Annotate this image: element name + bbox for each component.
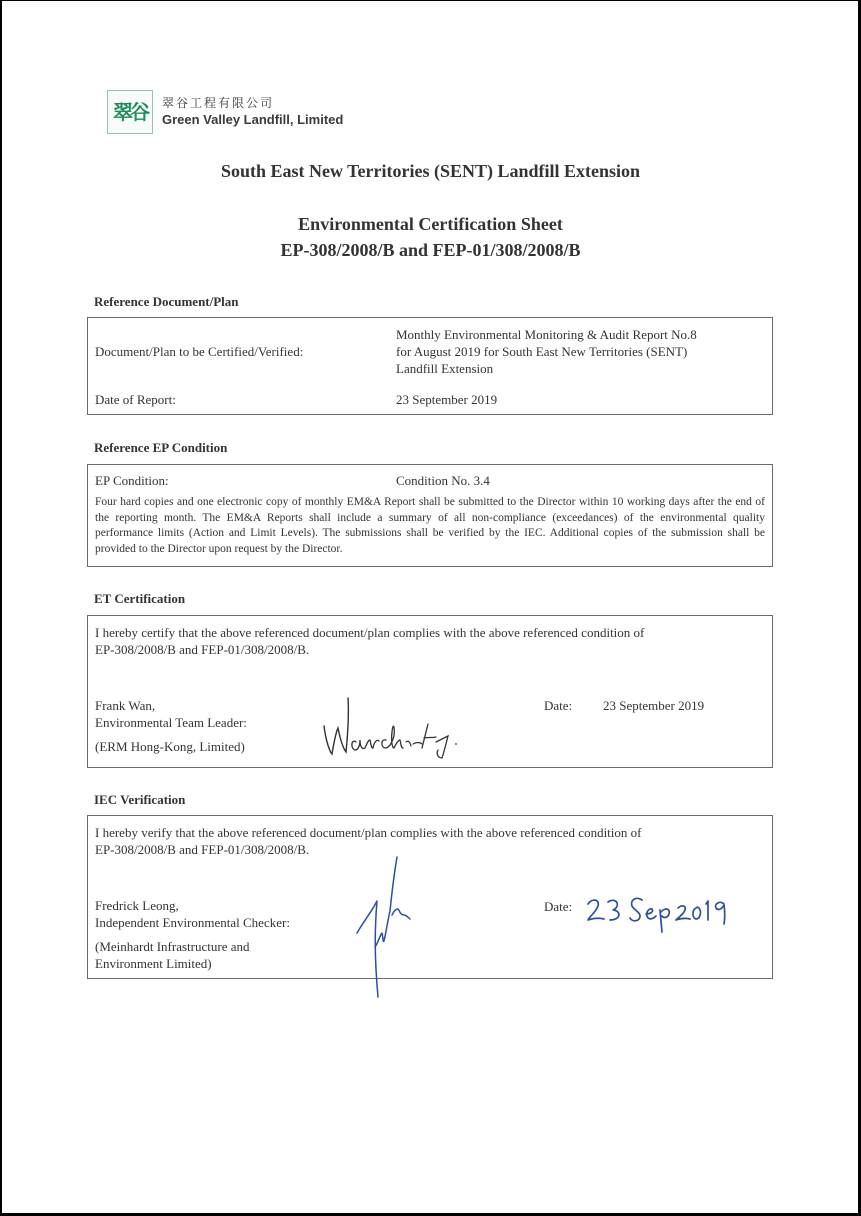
et-signatory-name: Frank Wan,	[95, 697, 155, 714]
et-signatory-role: Environmental Team Leader:	[95, 714, 247, 731]
date-of-report-label: Date of Report:	[95, 391, 176, 408]
reference-ep-box: EP Condition: Condition No. 3.4 Four har…	[87, 464, 773, 567]
iec-signatory-organization-line-1: (Meinhardt Infrastructure and	[95, 938, 250, 955]
et-date-label: Date:	[544, 697, 572, 714]
et-certification-heading: ET Certification	[94, 591, 185, 607]
iec-signatory-name: Fredrick Leong,	[95, 897, 179, 914]
document-value-line-2: for August 2019 for South East New Terri…	[396, 343, 687, 360]
iec-date-label: Date:	[544, 898, 572, 915]
et-signature-icon	[318, 692, 463, 760]
logo-mark-icon: 翠谷	[107, 90, 153, 134]
document-value-line-1: Monthly Environmental Monitoring & Audit…	[396, 326, 697, 343]
reference-ep-heading: Reference EP Condition	[94, 440, 227, 456]
iec-date-handwritten-icon	[584, 886, 734, 936]
iec-statement-line-1: I hereby verify that the above reference…	[95, 824, 642, 841]
iec-signatory-role: Independent Environmental Checker:	[95, 914, 290, 931]
ep-condition-value: Condition No. 3.4	[396, 472, 490, 489]
iec-signature-icon	[352, 855, 422, 1000]
logo-text: 翠谷工程有限公司 Green Valley Landfill, Limited	[162, 96, 343, 128]
page-border	[0, 0, 861, 1216]
company-logo: 翠谷 翠谷工程有限公司 Green Valley Landfill, Limit…	[107, 90, 343, 134]
document-value-line-3: Landfill Extension	[396, 360, 493, 377]
iec-verification-box: I hereby verify that the above reference…	[87, 815, 773, 979]
et-date-value: 23 September 2019	[603, 697, 704, 714]
ep-condition-text: Four hard copies and one electronic copy…	[95, 495, 765, 557]
project-title: South East New Territories (SENT) Landfi…	[0, 161, 861, 182]
iec-signatory-organization-line-2: Environment Limited)	[95, 955, 212, 972]
reference-document-heading: Reference Document/Plan	[94, 294, 239, 310]
company-name-chinese: 翠谷工程有限公司	[162, 96, 343, 111]
iec-verification-heading: IEC Verification	[94, 792, 185, 808]
et-certification-box: I hereby certify that the above referenc…	[87, 615, 773, 768]
ep-condition-label: EP Condition:	[95, 472, 169, 489]
permit-numbers: EP-308/2008/B and FEP-01/308/2008/B	[0, 240, 861, 261]
iec-statement-line-2: EP-308/2008/B and FEP-01/308/2008/B.	[95, 841, 309, 858]
et-signatory-organization: (ERM Hong-Kong, Limited)	[95, 738, 245, 755]
sheet-title: Environmental Certification Sheet	[0, 214, 861, 235]
et-statement-line-1: I hereby certify that the above referenc…	[95, 624, 644, 641]
document-label: Document/Plan to be Certified/Verified:	[95, 343, 303, 360]
reference-document-box: Document/Plan to be Certified/Verified: …	[87, 317, 773, 415]
et-statement-line-2: EP-308/2008/B and FEP-01/308/2008/B.	[95, 641, 309, 658]
company-name-english: Green Valley Landfill, Limited	[162, 111, 343, 128]
date-of-report-value: 23 September 2019	[396, 391, 497, 408]
